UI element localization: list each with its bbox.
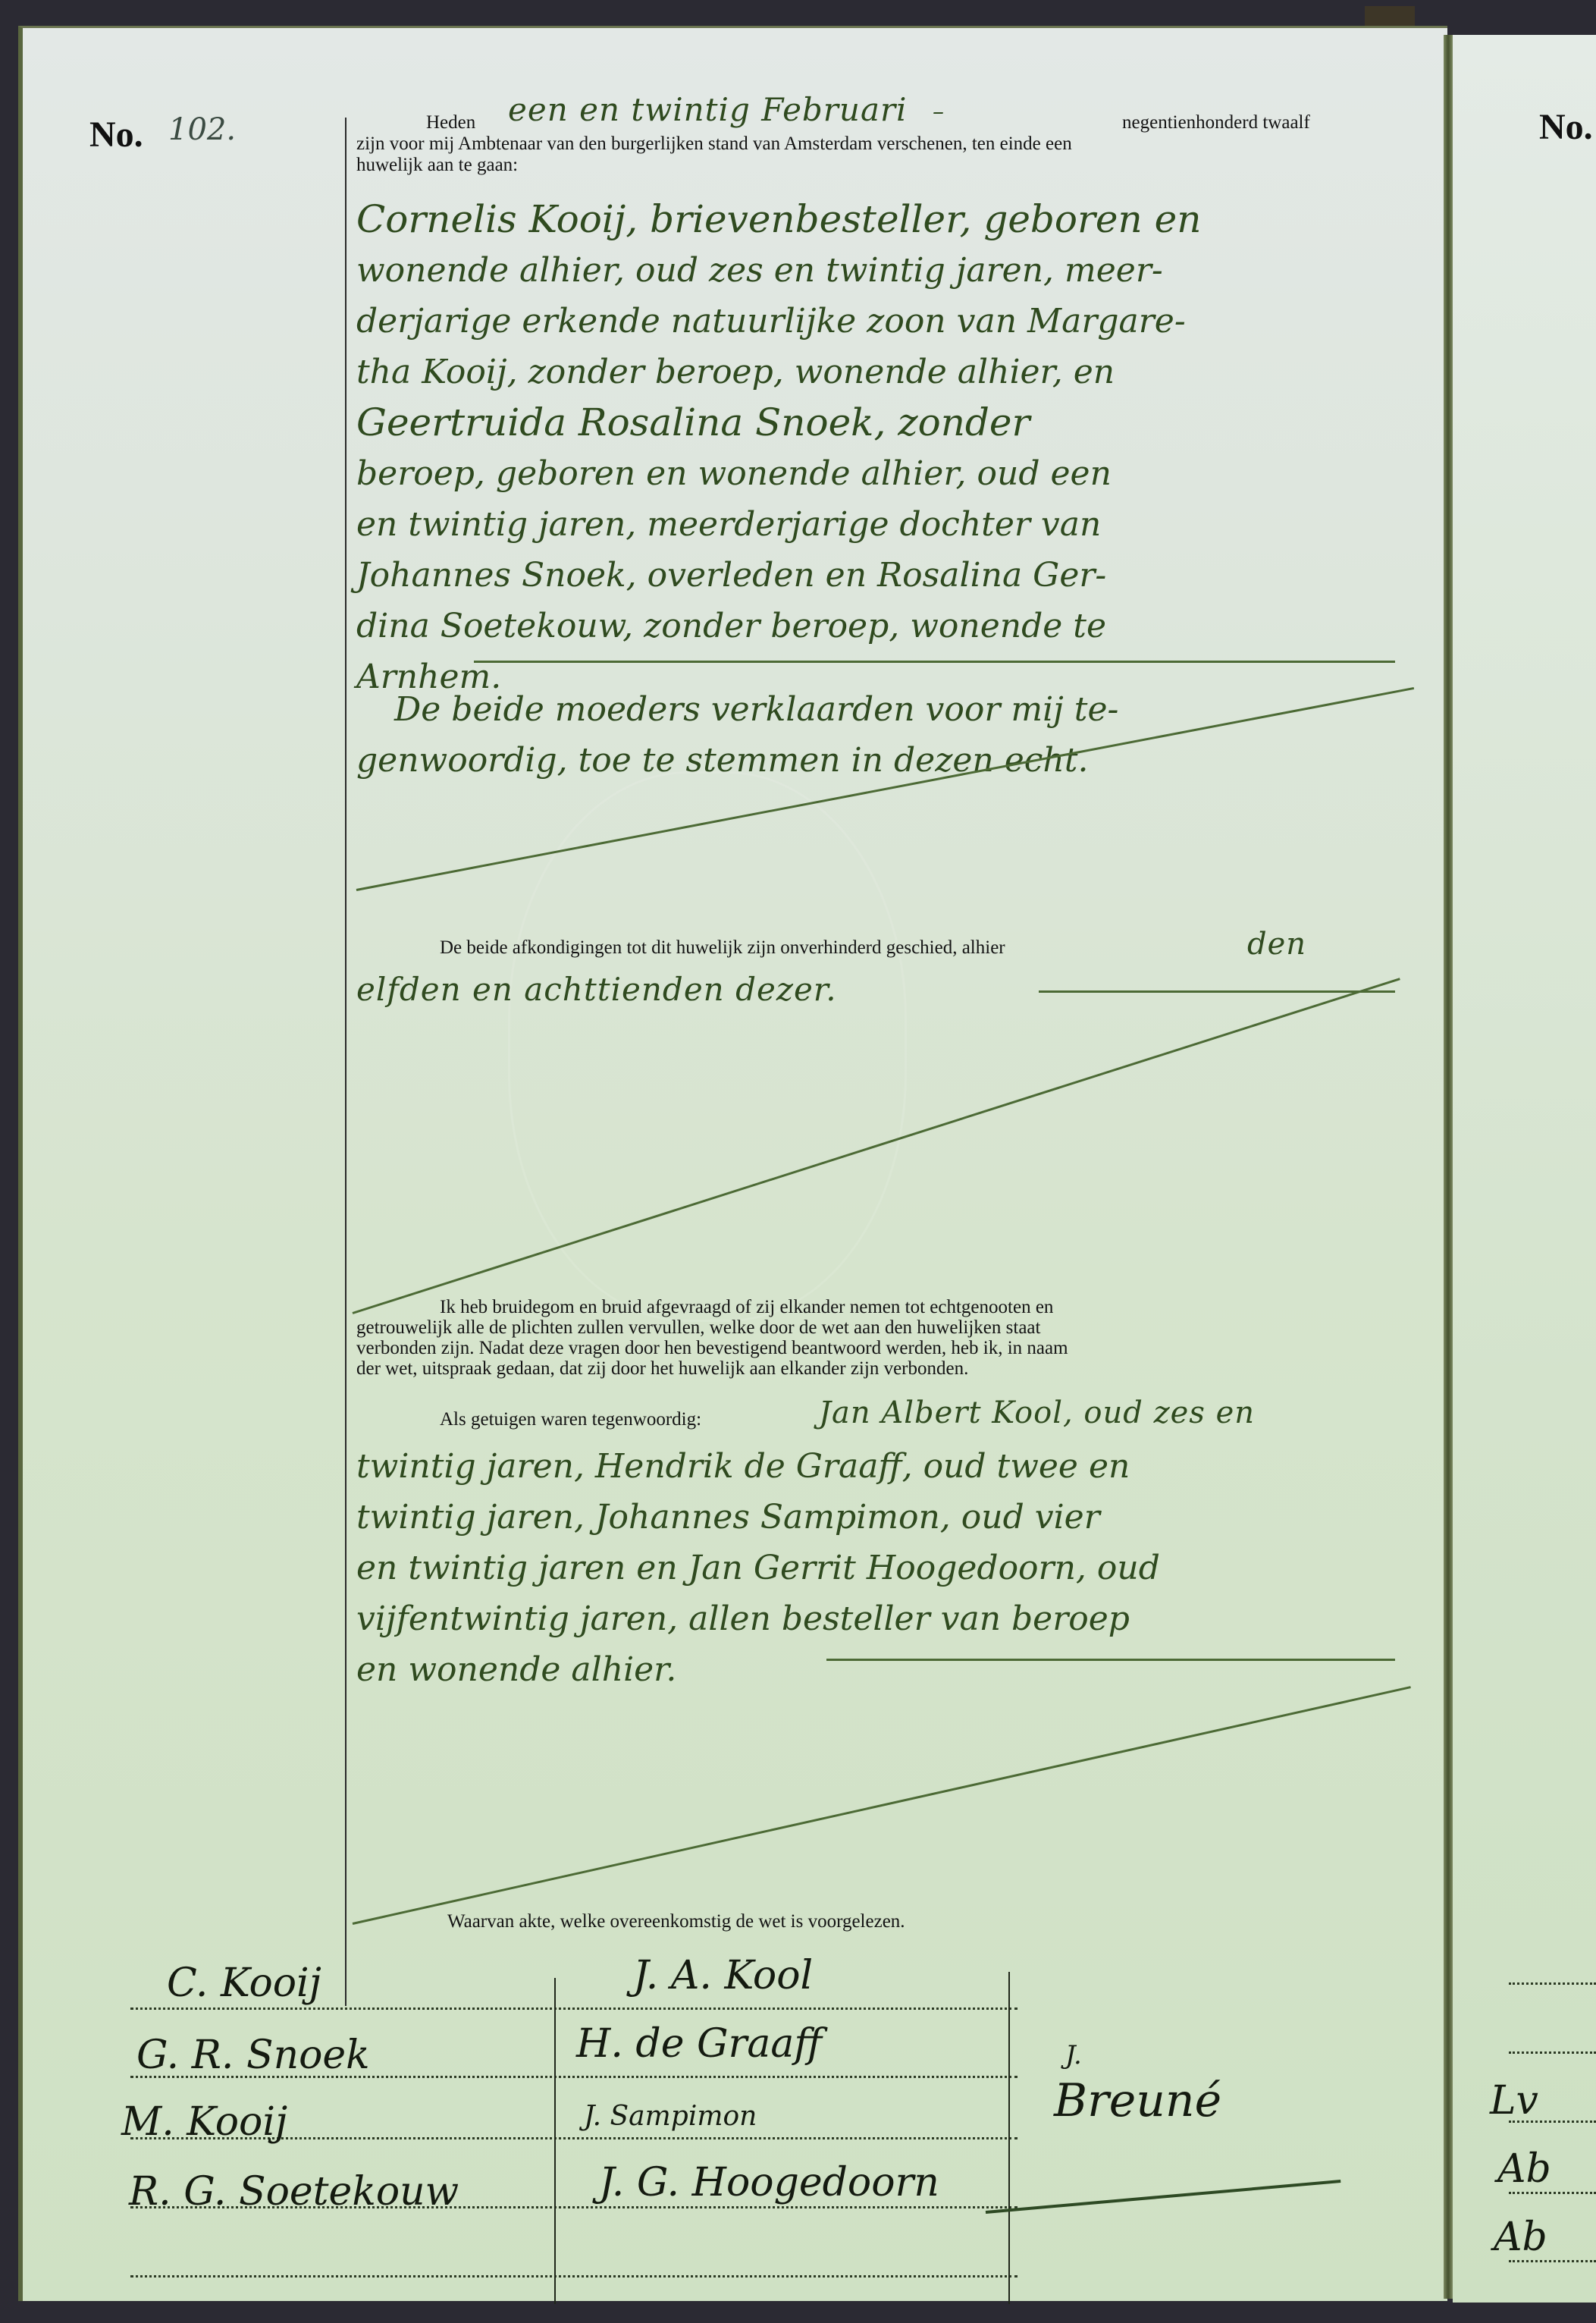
consent-line: genwoordig, toe te stemmen in dezen echt… — [356, 735, 1387, 786]
witnesses-paragraph: twintig jaren, Hendrik de Graaff, oud tw… — [356, 1441, 1387, 1695]
header-line-3: huwelijk aan te gaan: — [356, 155, 518, 175]
parties-line: wonende alhier, oud zes en twintig jaren… — [356, 245, 1387, 296]
margin-rule — [345, 118, 346, 2006]
witnesses-line: twintig jaren, Johannes Sampimon, oud vi… — [356, 1492, 1387, 1543]
header-dash: – — [933, 99, 945, 125]
fill-line — [474, 661, 1395, 663]
declaration-line: der wet, uitspraak gedaan, dat zij door … — [356, 1358, 1387, 1379]
signature-dotted-line — [130, 2275, 1017, 2277]
proclamations-printed: De beide afkondigingen tot dit huwelijk … — [440, 937, 1005, 958]
proclamations-handwritten-1: den — [1247, 927, 1306, 962]
book-spine — [1444, 35, 1453, 2299]
witnesses-line: en twintig jaren en Jan Gerrit Hoogedoor… — [356, 1543, 1387, 1593]
right-page-signature-fragment: Ab — [1497, 2146, 1551, 2192]
witnesses-line: vijfentwintig jaren, allen besteller van… — [356, 1593, 1387, 1644]
right-page-dotted-line — [1509, 2260, 1596, 2262]
parties-line: tha Kooij, zonder beroep, wonende alhier… — [356, 347, 1387, 397]
witnesses-label: Als getuigen waren tegenwoordig: — [440, 1409, 701, 1430]
signature-bride-mother: R. G. Soetekouw — [129, 2169, 459, 2215]
closing-statement: Waarvan akte, welke overeenkomstig de we… — [447, 1911, 905, 1932]
signature-column-divider — [554, 1978, 556, 2304]
signature-witness-3: J. Sampimon — [584, 2101, 757, 2132]
signature-column-divider — [1008, 1972, 1010, 2304]
right-page-dotted-line — [1509, 2051, 1596, 2054]
signature-registrar: Breuné — [1054, 2074, 1221, 2127]
signature-witness-2: H. de Graaff — [576, 2021, 822, 2067]
parties-paragraph: Cornelis Kooij, brievenbesteller, gebore… — [356, 194, 1387, 702]
fill-line — [826, 1659, 1395, 1661]
consent-line: De beide moeders verklaarden voor mij te… — [356, 684, 1387, 735]
signature-dotted-line — [130, 2008, 1017, 2010]
header-year: negentienhonderd twaalf — [1122, 112, 1310, 133]
witnesses-line: Jan Albert Kool, oud zes en — [819, 1395, 1255, 1430]
witnesses-line: en wonende alhier. — [356, 1644, 1387, 1695]
record-number-value: 102. — [168, 112, 236, 147]
parties-line: Cornelis Kooij, brievenbesteller, gebore… — [356, 194, 1387, 245]
parties-line: beroep, geboren en wonende alhier, oud e… — [356, 448, 1387, 499]
right-page-signature-fragment: Lv — [1490, 2078, 1538, 2124]
witnesses-line: twintig jaren, Hendrik de Graaff, oud tw… — [356, 1441, 1387, 1492]
signature-groom-mother: M. Kooij — [121, 2099, 287, 2145]
right-page-dotted-line — [1509, 1982, 1596, 1985]
signature-groom: C. Kooij — [167, 1960, 321, 2006]
parties-line: Johannes Snoek, overleden en Rosalina Ge… — [356, 550, 1387, 601]
fill-line — [1039, 990, 1395, 993]
declaration-line: Ik heb bruidegom en bruid afgevraagd of … — [356, 1297, 1387, 1317]
consent-paragraph: De beide moeders verklaarden voor mij te… — [356, 684, 1387, 786]
parties-line: dina Soetekouw, zonder beroep, wonende t… — [356, 601, 1387, 651]
signature-registrar-initial: J. — [1065, 2040, 1082, 2070]
parties-line: en twintig jaren, meerderjarige dochter … — [356, 499, 1387, 550]
declaration-line: verbonden zijn. Nadat deze vragen door h… — [356, 1338, 1387, 1358]
signature-witness-1: J. A. Kool — [633, 1953, 813, 1998]
declaration-paragraph: Ik heb bruidegom en bruid afgevraagd of … — [356, 1297, 1387, 1379]
signature-witness-4: J. G. Hoogedoorn — [599, 2160, 939, 2205]
right-page-dotted-line — [1509, 2192, 1596, 2194]
paper-watermark — [508, 771, 907, 1322]
signature-bride: G. R. Snoek — [136, 2033, 370, 2078]
right-page-number-label: No. — [1539, 106, 1593, 148]
parties-line: Geertruida Rosalina Snoek, zonder — [356, 397, 1387, 448]
parties-line: derjarige erkende natuurlijke zoon van M… — [356, 296, 1387, 347]
declaration-line: getrouwelijk alle de plichten zullen ver… — [356, 1317, 1387, 1338]
record-number-label: No. — [89, 114, 143, 155]
right-page-signature-fragment: Ab — [1494, 2215, 1547, 2260]
header-date-handwritten: een en twintig Februari — [508, 91, 908, 128]
proclamations-handwritten-2: elfden en achttienden dezer. — [356, 971, 837, 1008]
header-heden: Heden — [426, 112, 475, 133]
header-line-2: zijn voor mij Ambtenaar van den burgerli… — [356, 133, 1387, 154]
right-page-partial — [1453, 35, 1596, 2303]
